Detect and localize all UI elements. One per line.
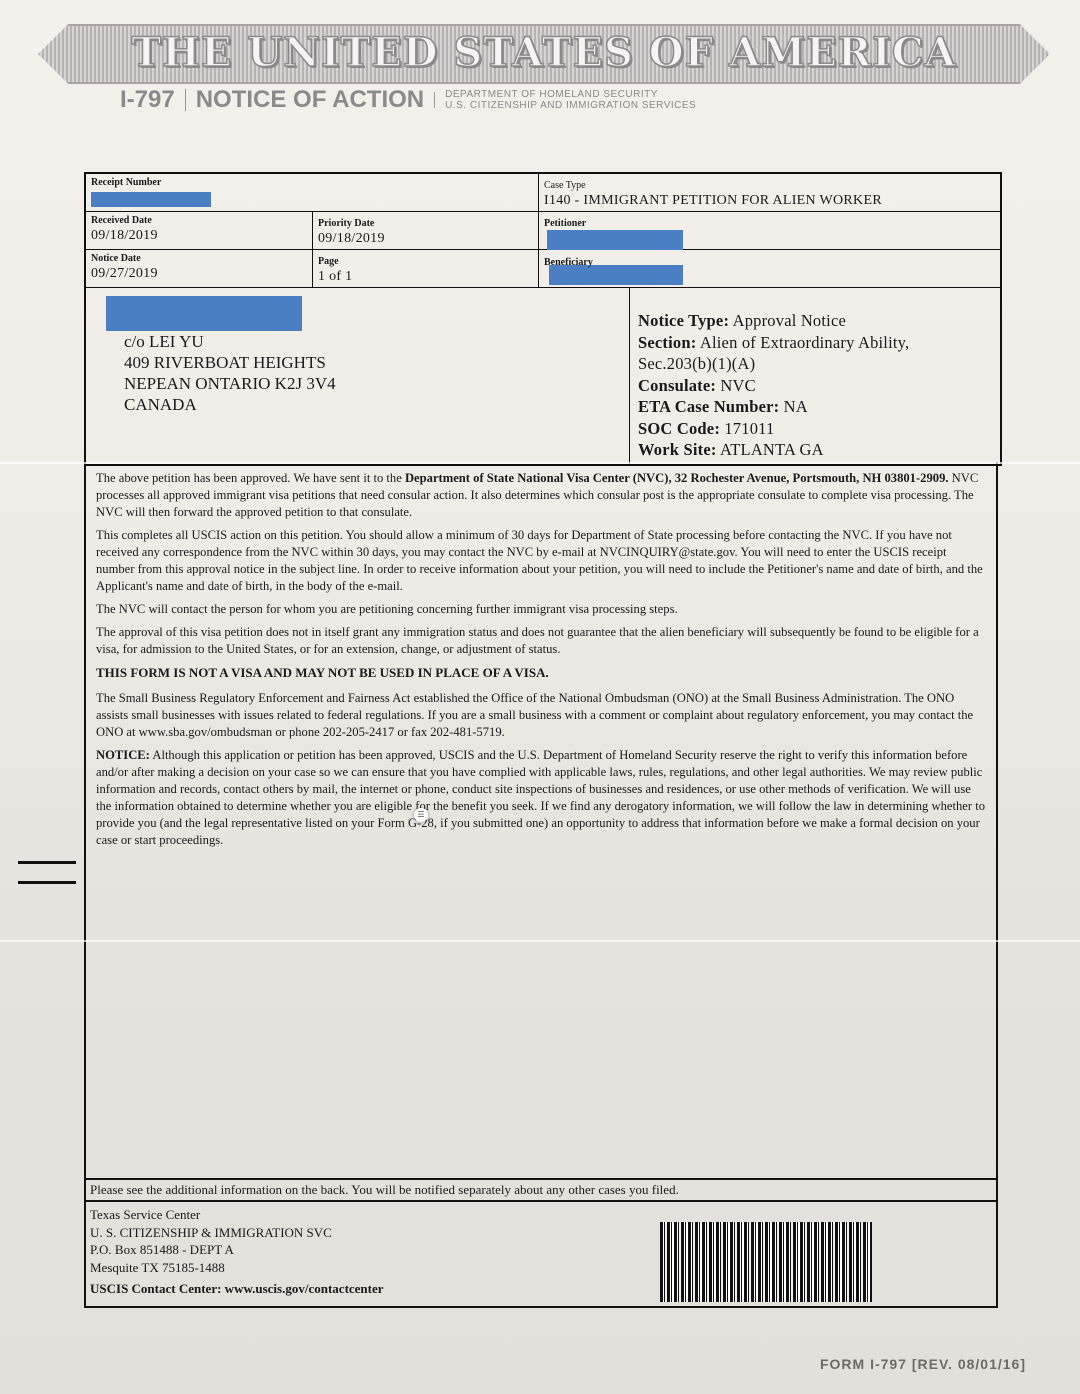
paragraph-notice: NOTICE: Although this application or pet…	[96, 747, 986, 849]
work-site: Work Site: ATLANTA GA	[638, 439, 992, 461]
footer: Please see the additional information on…	[84, 1178, 998, 1308]
address-and-notice-block: c/o LEI YU 409 RIVERBOAT HEIGHTS NEPEAN …	[86, 288, 1000, 466]
notice-body: The above petition has been approved. We…	[84, 462, 998, 1180]
form-header: I-797 NOTICE OF ACTION DEPARTMENT OF HOM…	[120, 86, 696, 114]
notice-date-label: Notice Date	[91, 253, 307, 265]
priority-date-label: Priority Date	[318, 218, 533, 230]
cursor-icon: ☰	[414, 808, 428, 822]
footer-note: Please see the additional information on…	[86, 1180, 996, 1202]
addressee-redaction	[106, 296, 302, 331]
divider	[434, 92, 435, 108]
beneficiary-cell: Beneficiary	[538, 250, 1000, 287]
agency-name: DEPARTMENT OF HOMELAND SECURITY U.S. CIT…	[445, 89, 696, 111]
paper-fold	[0, 940, 1080, 942]
priority-date-value: 09/18/2019	[318, 230, 533, 248]
page-cell: Page 1 of 1	[312, 250, 538, 287]
barcode	[660, 1222, 872, 1302]
receipt-number-redaction	[91, 192, 211, 207]
address-line: 409 RIVERBOAT HEIGHTS	[106, 352, 609, 373]
margin-mark	[18, 861, 76, 864]
section-code: Sec.203(b)(1)(A)	[638, 353, 992, 375]
notice-details: Notice Type: Approval Notice Section: Al…	[630, 288, 1000, 464]
form-title: NOTICE OF ACTION	[196, 86, 424, 114]
receipt-number-cell: Receipt Number	[86, 174, 538, 211]
address-line: c/o LEI YU	[106, 331, 609, 352]
address-line: NEPEAN ONTARIO K2J 3V4	[106, 373, 609, 394]
form-revision: FORM I-797 [REV. 08/01/16]	[820, 1356, 1026, 1372]
page-label: Page	[318, 256, 533, 268]
received-date-cell: Received Date 09/18/2019	[86, 212, 312, 249]
case-type-cell: Case Type I140 - IMMIGRANT PETITION FOR …	[538, 174, 1000, 211]
agency-line-2: U.S. CITIZENSHIP AND IMMIGRATION SERVICE…	[445, 100, 696, 111]
paragraph-status-disclaimer: The approval of this visa petition does …	[96, 624, 986, 658]
margin-mark	[18, 881, 76, 884]
notice-date-value: 09/27/2019	[91, 265, 307, 283]
address-line: CANADA	[106, 394, 609, 415]
consulate: Consulate: NVC	[638, 375, 992, 397]
petitioner-redaction	[547, 230, 683, 250]
receipt-number-label: Receipt Number	[91, 177, 533, 189]
mailing-address: c/o LEI YU 409 RIVERBOAT HEIGHTS NEPEAN …	[86, 288, 630, 464]
paragraph-ombudsman: The Small Business Regulatory Enforcemen…	[96, 690, 986, 741]
petitioner-cell: Petitioner	[538, 212, 1000, 249]
case-type-label: Case Type	[544, 180, 995, 192]
case-type-value: I140 - IMMIGRANT PETITION FOR ALIEN WORK…	[544, 192, 995, 210]
page-value: 1 of 1	[318, 268, 533, 286]
paragraph-approval: The above petition has been approved. We…	[96, 470, 986, 521]
agency-line-1: DEPARTMENT OF HOMELAND SECURITY	[445, 89, 658, 100]
banner-title: THE UNITED STATES OF AMERICA	[38, 24, 1050, 80]
paragraph-uscis-action: This completes all USCIS action on this …	[96, 527, 986, 595]
form-id: I-797	[120, 86, 175, 114]
priority-date-cell: Priority Date 09/18/2019	[312, 212, 538, 249]
received-date-label: Received Date	[91, 215, 307, 227]
not-a-visa-warning: THIS FORM IS NOT A VISA AND MAY NOT BE U…	[96, 664, 986, 681]
eta-case-number: ETA Case Number: NA	[638, 396, 992, 418]
divider	[185, 89, 186, 111]
paper-fold	[0, 462, 1080, 464]
soc-code: SOC Code: 171011	[638, 418, 992, 440]
case-info-table: Receipt Number Case Type I140 - IMMIGRAN…	[84, 172, 1002, 466]
paragraph-nvc-contact: The NVC will contact the person for whom…	[96, 601, 986, 618]
section: Section: Alien of Extraordinary Ability,	[638, 332, 992, 354]
notice-date-cell: Notice Date 09/27/2019	[86, 250, 312, 287]
petitioner-label: Petitioner	[544, 218, 995, 230]
service-center-line: Texas Service Center	[90, 1206, 992, 1224]
notice-type: Notice Type: Approval Notice	[638, 310, 992, 332]
received-date-value: 09/18/2019	[91, 227, 307, 245]
